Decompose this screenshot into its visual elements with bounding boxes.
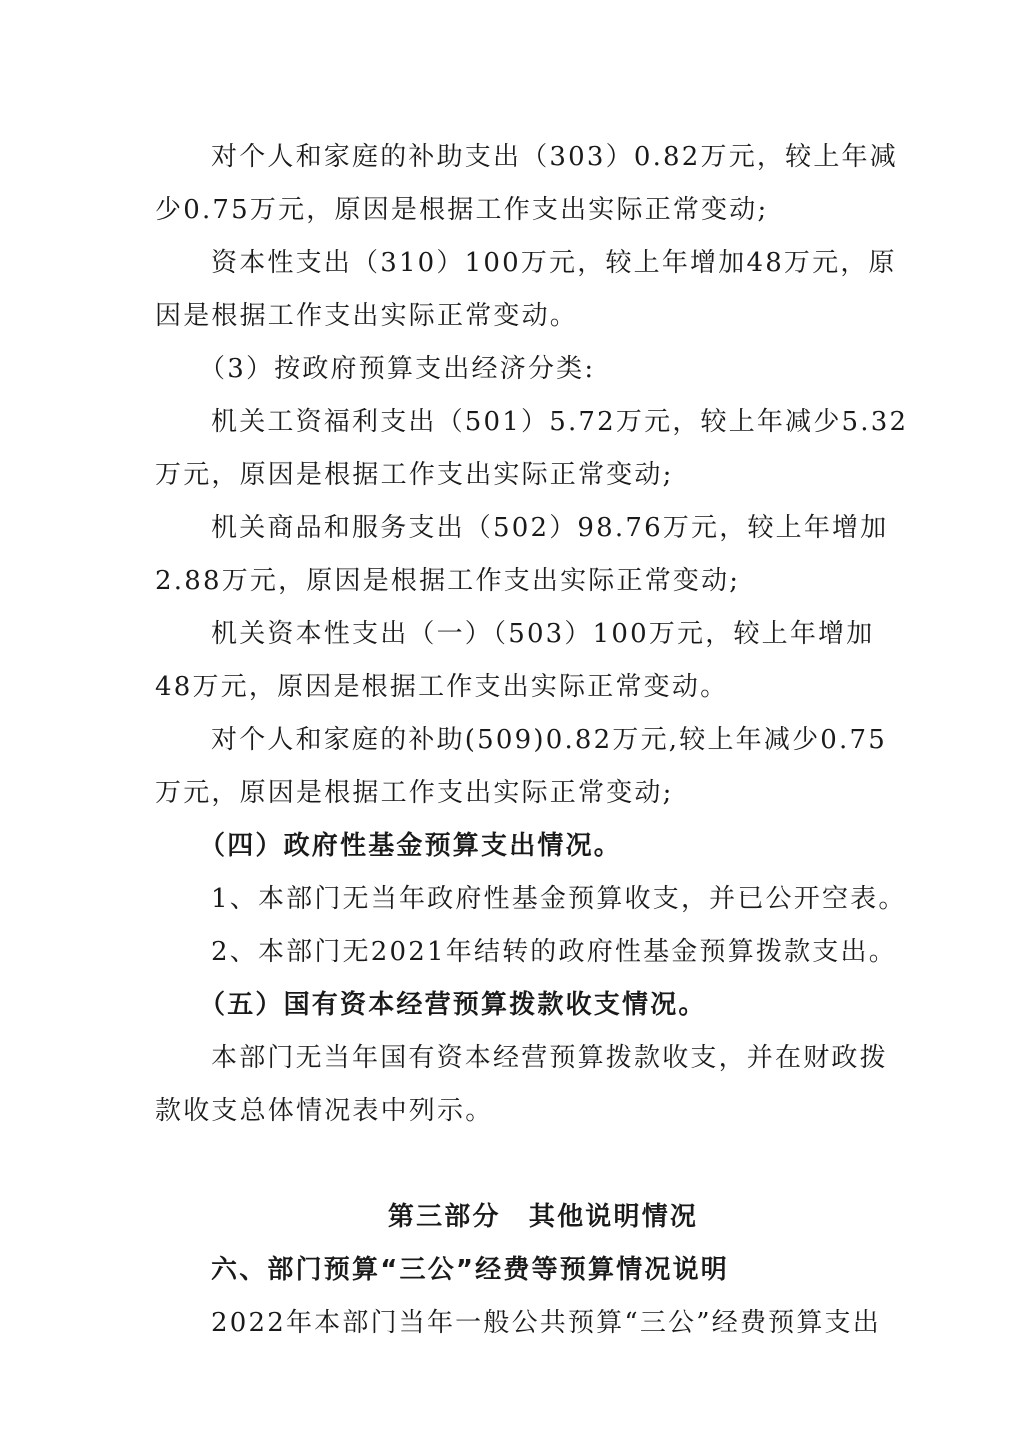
heading-state-capital: （五）国有资本经营预算拨款收支情况。 [155,979,871,1032]
paragraph-line: 对个人和家庭的补助支出（303）0.82万元，较上年减 [155,131,871,184]
paragraph-line: 2022年本部门当年一般公共预算“三公”经费预算支出 [155,1297,871,1350]
paragraph-line: 款收支总体情况表中列示。 [155,1085,871,1138]
paragraph-line: 机关资本性支出（一）（503）100万元，较上年增加 [155,608,871,661]
paragraph-line: 少0.75万元，原因是根据工作支出实际正常变动; [155,184,871,237]
paragraph-line: 万元，原因是根据工作支出实际正常变动; [155,767,871,820]
paragraph-line: 资本性支出（310）100万元，较上年增加48万元，原 [155,237,871,290]
paragraph-line: 本部门无当年国有资本经营预算拨款收支，并在财政拨 [155,1032,871,1085]
subheading-economic-class: （3）按政府预算支出经济分类: [155,343,871,396]
heading-gov-fund: （四）政府性基金预算支出情况。 [155,820,871,873]
paragraph-line: 因是根据工作支出实际正常变动。 [155,290,871,343]
paragraph-line: 机关工资福利支出（501）5.72万元，较上年减少5.32 [155,396,871,449]
list-item: 2、本部门无2021年结转的政府性基金预算拨款支出。 [155,926,871,979]
paragraph-line: 机关商品和服务支出（502）98.76万元，较上年增加 [155,502,871,555]
paragraph-line: 2.88万元，原因是根据工作支出实际正常变动; [155,555,871,608]
list-item: 1、本部门无当年政府性基金预算收支，并已公开空表。 [155,873,871,926]
document-page: 对个人和家庭的补助支出（303）0.82万元，较上年减 少0.75万元，原因是根… [155,131,871,1350]
paragraph-line: 万元，原因是根据工作支出实际正常变动; [155,449,871,502]
paragraph-line: 48万元，原因是根据工作支出实际正常变动。 [155,661,871,714]
paragraph-line: 对个人和家庭的补助(509)0.82万元,较上年减少0.75 [155,714,871,767]
part-title: 第三部分 其他说明情况 [155,1191,871,1244]
section-title: 六、部门预算“三公”经费等预算情况说明 [155,1244,871,1297]
